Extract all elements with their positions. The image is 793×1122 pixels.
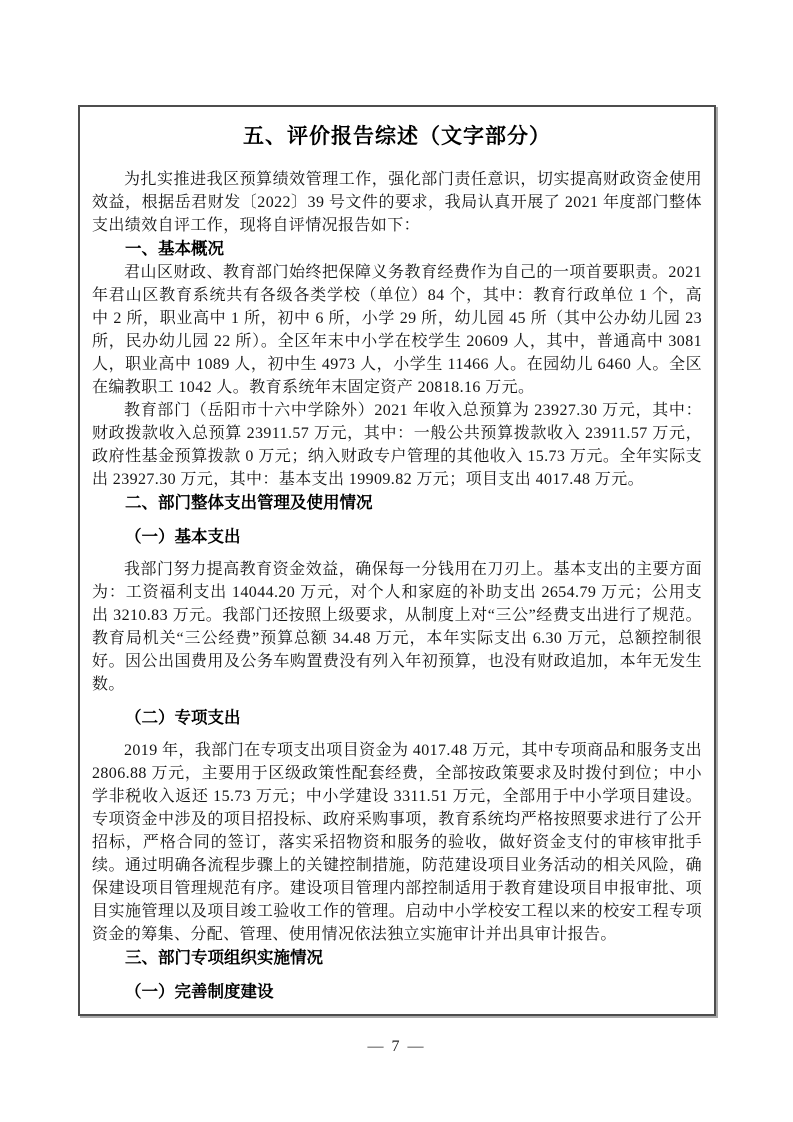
paragraph: 教育部门（岳阳市十六中学除外）2021 年收入总预算为 23927.30 万元，… [92,399,702,491]
sub-heading: （一）完善制度建设 [92,980,702,1004]
paragraph: 君山区财政、教育部门始终把保障义务教育经费作为自己的一项首要职责。2021 年君… [92,261,702,399]
section-heading: 二、部门整体支出管理及使用情况 [92,491,702,515]
document-page: 五、评价报告综述（文字部分） 为扎实推进我区预算绩效管理工作，强化部门责任意识，… [0,0,793,1122]
paragraph: 我部门努力提高教育资金效益，确保每一分钱用在刀刃上。基本支出的主要方面为：工资福… [92,558,702,696]
paragraph: 为扎实推进我区预算绩效管理工作，强化部门责任意识，切实提高财政资金使用效益，根据… [92,168,702,237]
paragraph: 2019 年，我部门在专项支出项目资金为 4017.48 万元，其中专项商品和服… [92,739,702,946]
sub-heading: （一）基本支出 [92,525,702,549]
report-body: 为扎实推进我区预算绩效管理工作，强化部门责任意识，切实提高财政资金使用效益，根据… [92,168,702,1004]
section-heading: 一、基本概况 [92,237,702,261]
page-number: — 7 — [0,1038,793,1056]
report-frame: 五、评价报告综述（文字部分） 为扎实推进我区预算绩效管理工作，强化部门责任意识，… [78,105,716,1016]
sub-heading: （二）专项支出 [92,706,702,730]
page-title: 五、评价报告综述（文字部分） [92,123,702,151]
section-heading: 三、部门专项组织实施情况 [92,946,702,970]
